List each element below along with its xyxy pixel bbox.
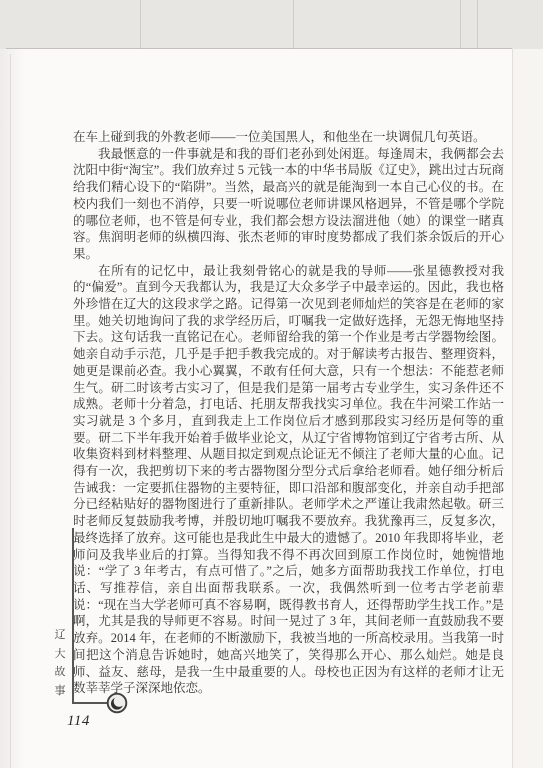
crescent-moon-icon: [106, 692, 128, 714]
scan-streak: [293, 0, 294, 49]
sidebar-char: 大: [52, 645, 68, 664]
paragraph-continuation: 在车上碰到我的外教老师——一位美国黑人，和他坐在一块调侃几句英语。: [73, 129, 504, 146]
sidebar-chapter-title: 辽 大 故 事: [52, 626, 68, 700]
sidebar-rule-vertical: [72, 528, 74, 703]
sidebar-char: 故: [52, 663, 68, 682]
page-spine-shadow: [0, 49, 26, 768]
sidebar-rule-horizontal: [72, 702, 108, 704]
page-number: 114: [67, 713, 90, 730]
scan-streak: [460, 0, 461, 49]
paragraph: 在所有的记忆中，最让我刻骨铭心的就是我的导师——张星德教授对我的“偏爱”。直到今…: [73, 263, 504, 697]
sidebar-char: 辽: [52, 626, 68, 645]
page-top-edge: [6, 48, 512, 49]
paragraph: 我最惬意的一件事就是和我的哥们老孙到处闲逛。每逢周末，我俩都会去沈阳中街“淘宝”…: [73, 146, 504, 263]
page-right-margin: [513, 49, 543, 768]
body-text: 在车上碰到我的外教老师——一位美国黑人，和他坐在一块调侃几句英语。 我最惬意的一…: [73, 129, 504, 697]
page-left-edge: [10, 54, 11, 768]
scan-streak: [477, 0, 478, 49]
sidebar-char: 事: [52, 682, 68, 701]
scan-streak: [140, 0, 141, 49]
page-right-edge: [512, 49, 513, 768]
